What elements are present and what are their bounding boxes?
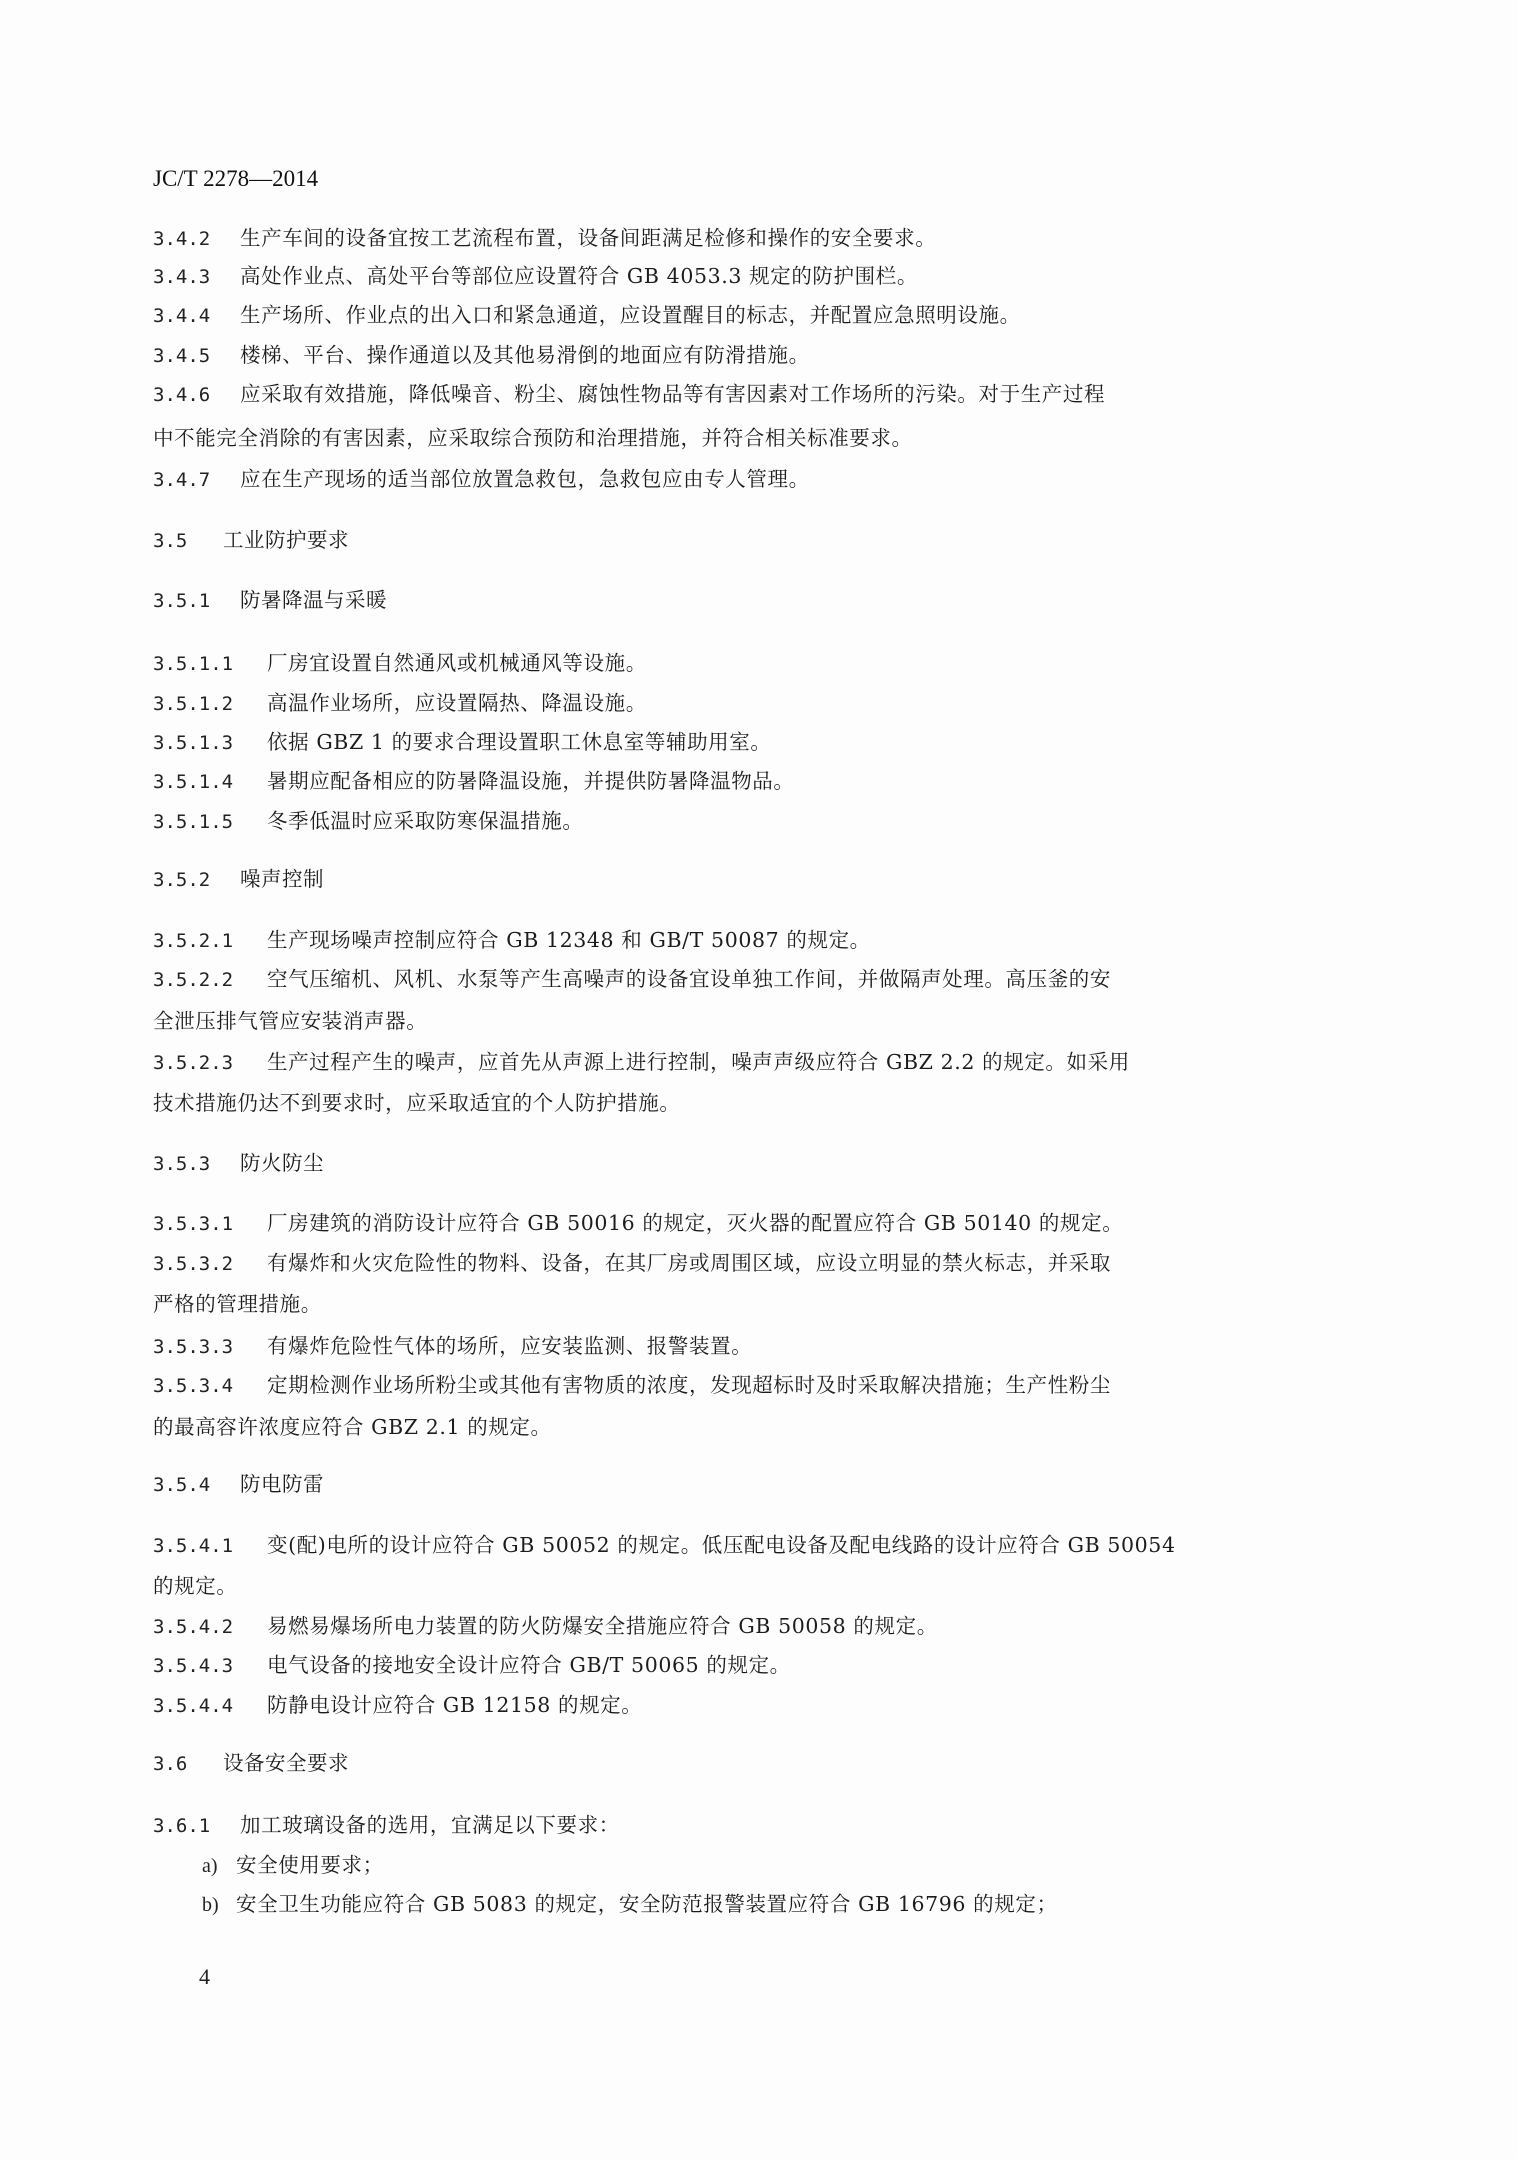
clause-3-6-1: 3.6.1加工玻璃设备的选用，宜满足以下要求： — [153, 1812, 620, 1839]
section-heading-3-6: 3.6设备安全要求 — [153, 1750, 349, 1777]
clause-text: 楼梯、平台、操作通道以及其他易滑倒的地面应有防滑措施。 — [240, 342, 810, 368]
list-marker: b) — [202, 1892, 236, 1918]
section-title: 防火防尘 — [240, 1150, 324, 1176]
clause-3-5-2-2-continuation: 全泄压排气管应安装消声器。 — [153, 1008, 427, 1034]
section-title: 设备安全要求 — [223, 1750, 349, 1776]
clause-number: 3.6.1 — [153, 1813, 240, 1839]
clause-3-5-1-5: 3.5.1.5冬季低温时应采取防寒保温措施。 — [153, 808, 584, 835]
list-text: 安全卫生功能应符合 GB 5083 的规定，安全防范报警装置应符合 GB 167… — [236, 1891, 1058, 1917]
clause-number: 3.5.3.1 — [153, 1211, 267, 1237]
clause-number: 3.5.2.2 — [153, 967, 267, 993]
clause-text: 高处作业点、高处平台等部位应设置符合 GB 4053.3 规定的防护围栏。 — [240, 263, 918, 289]
clause-text: 的最高容许浓度应符合 GBZ 2.1 的规定。 — [153, 1414, 552, 1440]
clause-number: 3.5.1.4 — [153, 769, 267, 795]
clause-3-5-3-3: 3.5.3.3有爆炸危险性气体的场所，应安装监测、报警装置。 — [153, 1333, 752, 1360]
clause-3-5-3-4: 3.5.3.4定期检测作业场所粉尘或其他有害物质的浓度，发现超标时及时采取解决措… — [153, 1372, 1111, 1399]
section-number: 3.5 — [153, 528, 223, 554]
clause-3-5-4-2: 3.5.4.2易燃易爆场所电力装置的防火防爆安全措施应符合 GB 50058 的… — [153, 1613, 938, 1640]
clause-3-4-5: 3.4.5楼梯、平台、操作通道以及其他易滑倒的地面应有防滑措施。 — [153, 342, 810, 369]
list-marker: a) — [202, 1853, 236, 1879]
clause-3-5-4-4: 3.5.4.4防静电设计应符合 GB 12158 的规定。 — [153, 1692, 642, 1719]
clause-number: 3.5.3.3 — [153, 1334, 267, 1360]
subsection-heading-3-5-3: 3.5.3防火防尘 — [153, 1150, 324, 1177]
clause-text: 空气压缩机、风机、水泵等产生高噪声的设备宜设单独工作间，并做隔声处理。高压釜的安 — [267, 966, 1111, 992]
section-number: 3.5.3 — [153, 1151, 240, 1177]
clause-text: 中不能完全消除的有害因素，应采取综合预防和治理措施，并符合相关标准要求。 — [153, 425, 913, 451]
clause-text: 生产车间的设备宜按工艺流程布置，设备间距满足检修和操作的安全要求。 — [240, 225, 936, 251]
clause-3-5-1-3: 3.5.1.3依据 GBZ 1 的要求合理设置职工休息室等辅助用室。 — [153, 729, 771, 756]
clause-text: 定期检测作业场所粉尘或其他有害物质的浓度，发现超标时及时采取解决措施；生产性粉尘 — [267, 1372, 1111, 1398]
list-item-a: a)安全使用要求； — [202, 1852, 384, 1879]
clause-text: 加工玻璃设备的选用，宜满足以下要求： — [240, 1812, 620, 1838]
section-number: 3.5.1 — [153, 588, 240, 614]
clause-3-5-3-2-continuation: 严格的管理措施。 — [153, 1291, 322, 1317]
clause-3-5-2-1: 3.5.2.1生产现场噪声控制应符合 GB 12348 和 GB/T 50087… — [153, 927, 871, 954]
clause-3-5-3-1: 3.5.3.1厂房建筑的消防设计应符合 GB 50016 的规定，灭火器的配置应… — [153, 1210, 1123, 1237]
document-page: JC/T 2278—2014 3.4.2生产车间的设备宜按工艺流程布置，设备间距… — [0, 0, 1517, 2159]
subsection-heading-3-5-4: 3.5.4防电防雷 — [153, 1471, 324, 1498]
clause-text: 严格的管理措施。 — [153, 1291, 322, 1317]
clause-text: 有爆炸和火灾危险性的物料、设备，在其厂房或周围区域，应设立明显的禁火标志，并采取 — [267, 1250, 1111, 1276]
clause-number: 3.5.2.3 — [153, 1050, 267, 1076]
clause-text: 依据 GBZ 1 的要求合理设置职工休息室等辅助用室。 — [267, 729, 771, 755]
clause-3-5-3-2: 3.5.3.2有爆炸和火灾危险性的物料、设备，在其厂房或周围区域，应设立明显的禁… — [153, 1250, 1111, 1277]
clause-text: 的规定。 — [153, 1573, 237, 1599]
standard-code-header: JC/T 2278—2014 — [153, 166, 318, 192]
clause-3-5-3-4-continuation: 的最高容许浓度应符合 GBZ 2.1 的规定。 — [153, 1414, 552, 1440]
clause-3-5-2-3-continuation: 技术措施仍达不到要求时，应采取适宜的个人防护措施。 — [153, 1090, 681, 1116]
clause-3-5-4-1-continuation: 的规定。 — [153, 1573, 237, 1599]
list-text: 安全使用要求； — [236, 1852, 384, 1878]
clause-number: 3.4.2 — [153, 226, 240, 252]
section-title: 防电防雷 — [240, 1471, 324, 1497]
clause-text: 防静电设计应符合 GB 12158 的规定。 — [267, 1692, 642, 1718]
clause-number: 3.5.1.3 — [153, 730, 267, 756]
section-title: 工业防护要求 — [223, 527, 349, 553]
clause-3-5-1-2: 3.5.1.2高温作业场所，应设置隔热、降温设施。 — [153, 690, 647, 717]
clause-text: 电气设备的接地安全设计应符合 GB/T 50065 的规定。 — [267, 1652, 791, 1678]
clause-number: 3.4.6 — [153, 382, 240, 408]
section-number: 3.5.4 — [153, 1472, 240, 1498]
clause-3-5-2-3: 3.5.2.3生产过程产生的噪声，应首先从声源上进行控制，噪声声级应符合 GBZ… — [153, 1049, 1130, 1076]
clause-text: 厂房宜设置自然通风或机械通风等设施。 — [267, 650, 647, 676]
clause-3-4-4: 3.4.4生产场所、作业点的出入口和紧急通道，应设置醒目的标志，并配置应急照明设… — [153, 302, 1021, 329]
section-number: 3.6 — [153, 1751, 223, 1777]
clause-number: 3.5.4.3 — [153, 1653, 267, 1679]
clause-number: 3.5.3.4 — [153, 1373, 267, 1399]
clause-number: 3.5.4.4 — [153, 1693, 267, 1719]
clause-text: 应采取有效措施，降低噪音、粉尘、腐蚀性物品等有害因素对工作场所的污染。对于生产过… — [240, 381, 1105, 407]
clause-text: 冬季低温时应采取防寒保温措施。 — [267, 808, 584, 834]
clause-text: 有爆炸危险性气体的场所，应安装监测、报警装置。 — [267, 1333, 752, 1359]
clause-number: 3.5.1.5 — [153, 809, 267, 835]
clause-text: 高温作业场所，应设置隔热、降温设施。 — [267, 690, 647, 716]
clause-number: 3.4.3 — [153, 264, 240, 290]
clause-number: 3.4.5 — [153, 343, 240, 369]
clause-number: 3.5.1.1 — [153, 651, 267, 677]
clause-text: 生产场所、作业点的出入口和紧急通道，应设置醒目的标志，并配置应急照明设施。 — [240, 302, 1021, 328]
clause-3-4-7: 3.4.7应在生产现场的适当部位放置急救包，急救包应由专人管理。 — [153, 466, 810, 493]
clause-number: 3.5.2.1 — [153, 928, 267, 954]
page-number: 4 — [199, 1964, 210, 1990]
clause-number: 3.5.4.1 — [153, 1533, 267, 1559]
clause-text: 应在生产现场的适当部位放置急救包，急救包应由专人管理。 — [240, 466, 810, 492]
clause-3-5-1-4: 3.5.1.4暑期应配备相应的防暑降温设施，并提供防暑降温物品。 — [153, 768, 795, 795]
section-title: 防暑降温与采暖 — [240, 587, 387, 613]
clause-3-4-6: 3.4.6应采取有效措施，降低噪音、粉尘、腐蚀性物品等有害因素对工作场所的污染。… — [153, 381, 1105, 408]
section-number: 3.5.2 — [153, 867, 240, 893]
section-heading-3-5: 3.5工业防护要求 — [153, 527, 349, 554]
clause-number: 3.4.4 — [153, 303, 240, 329]
clause-text: 易燃易爆场所电力装置的防火防爆安全措施应符合 GB 50058 的规定。 — [267, 1613, 938, 1639]
clause-text: 全泄压排气管应安装消声器。 — [153, 1008, 427, 1034]
clause-text: 暑期应配备相应的防暑降温设施，并提供防暑降温物品。 — [267, 768, 795, 794]
clause-text: 技术措施仍达不到要求时，应采取适宜的个人防护措施。 — [153, 1090, 681, 1116]
section-title: 噪声控制 — [240, 866, 324, 892]
clause-3-5-2-2: 3.5.2.2空气压缩机、风机、水泵等产生高噪声的设备宜设单独工作间，并做隔声处… — [153, 966, 1111, 993]
clause-text: 厂房建筑的消防设计应符合 GB 50016 的规定，灭火器的配置应符合 GB 5… — [267, 1210, 1123, 1236]
clause-3-5-4-1: 3.5.4.1变(配)电所的设计应符合 GB 50052 的规定。低压配电设备及… — [153, 1532, 1176, 1559]
subsection-heading-3-5-2: 3.5.2噪声控制 — [153, 866, 324, 893]
subsection-heading-3-5-1: 3.5.1防暑降温与采暖 — [153, 587, 387, 614]
clause-3-5-1-1: 3.5.1.1厂房宜设置自然通风或机械通风等设施。 — [153, 650, 647, 677]
clause-number: 3.5.3.2 — [153, 1251, 267, 1277]
clause-3-4-2: 3.4.2生产车间的设备宜按工艺流程布置，设备间距满足检修和操作的安全要求。 — [153, 225, 936, 252]
clause-text: 变(配)电所的设计应符合 GB 50052 的规定。低压配电设备及配电线路的设计… — [267, 1532, 1176, 1558]
clause-3-4-3: 3.4.3高处作业点、高处平台等部位应设置符合 GB 4053.3 规定的防护围… — [153, 263, 918, 290]
clause-3-4-6-continuation: 中不能完全消除的有害因素，应采取综合预防和治理措施，并符合相关标准要求。 — [153, 425, 913, 451]
clause-text: 生产过程产生的噪声，应首先从声源上进行控制，噪声声级应符合 GBZ 2.2 的规… — [267, 1049, 1130, 1075]
clause-number: 3.4.7 — [153, 467, 240, 493]
list-item-b: b)安全卫生功能应符合 GB 5083 的规定，安全防范报警装置应符合 GB 1… — [202, 1891, 1058, 1918]
clause-number: 3.5.4.2 — [153, 1614, 267, 1640]
clause-text: 生产现场噪声控制应符合 GB 12348 和 GB/T 50087 的规定。 — [267, 927, 871, 953]
clause-3-5-4-3: 3.5.4.3电气设备的接地安全设计应符合 GB/T 50065 的规定。 — [153, 1652, 791, 1679]
clause-number: 3.5.1.2 — [153, 691, 267, 717]
